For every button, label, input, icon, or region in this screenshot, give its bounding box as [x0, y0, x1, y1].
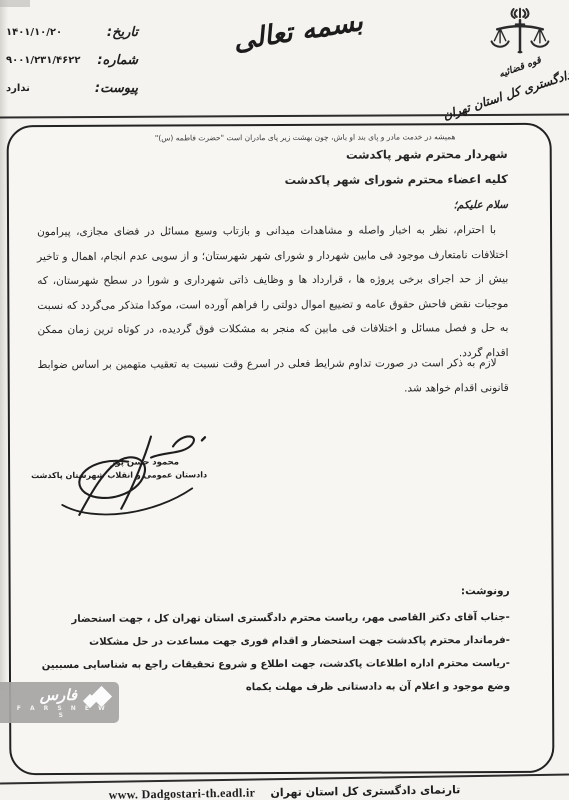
meta-row-attachment: پیوست: ندارد [6, 74, 138, 102]
bismillah-calligraphy: بسمه تعالی [226, 5, 369, 58]
addressee-mayor: شهردار محترم شهر پاکدشت [346, 147, 508, 162]
number-label: شماره: [97, 53, 138, 68]
number-value: ۹۰۰۱/۲۳۱/۴۶۲۲ [6, 55, 80, 66]
signatory-title: دادستان عمومی و انقلاب شهرستان پاکدشت [31, 470, 207, 480]
footer-site-url: www. Dadgostari-th.eadl.ir [109, 785, 256, 800]
attachment-label: پیوست: [95, 81, 138, 96]
meta-row-date: تاریخ: ۱۴۰۱/۱۰/۲۰ [6, 18, 138, 46]
date-label: تاریخ: [107, 25, 138, 40]
judiciary-letterhead: قوه قضائیه دادگستری کل استان تهران [442, 4, 562, 118]
scales-of-justice-icon [488, 6, 552, 64]
salutation: سلام علیکم؛ [454, 199, 508, 211]
body-paragraph-1: با احترام، نظر به اخبار واصله و مشاهدات … [37, 218, 509, 367]
fars-news-watermark: فارس F A R S N E W S [0, 682, 119, 723]
body-paragraph-2: لازم به ذکر است در صورت تداوم شرایط فعلی… [38, 351, 509, 402]
cc-item-chief-justice: -جناب آقای دکتر القاصی مهر، ریاست محترم … [39, 606, 510, 631]
footer-site-label: تارنمای دادگستری کل استان تهران [270, 783, 460, 799]
date-value: ۱۴۰۱/۱۰/۲۰ [6, 27, 62, 38]
scan-corner-artifact [0, 0, 30, 7]
cc-item-governor: -فرماندار محترم پاکدشت جهت استحضار و اقد… [39, 629, 510, 654]
addressee-council: کلیه اعضاء محترم شورای شهر پاکدشت [285, 172, 508, 187]
signatory-name: محمود حسن پور [110, 457, 179, 467]
attachment-value: ندارد [6, 83, 30, 94]
cc-label: رونوشت: [39, 585, 510, 599]
letter-body-box: همیشه در خدمت مادر و پای بند او باش، چون… [7, 123, 555, 775]
footer: تارنمای دادگستری کل استان تهران www. Dad… [0, 777, 569, 800]
meta-row-number: شماره: ۹۰۰۱/۲۳۱/۴۶۲۲ [6, 46, 138, 74]
letterhead-motto: همیشه در خدمت مادر و پای بند او باش، چون… [89, 132, 522, 143]
fars-news-wordmark: F A R S N E W S [14, 705, 111, 719]
letter-meta-block: تاریخ: ۱۴۰۱/۱۰/۲۰ شماره: ۹۰۰۱/۲۳۱/۴۶۲۲ پ… [6, 18, 138, 102]
signature-block: محمود حسن پور دادستان عمومی و انقلاب شهر… [32, 424, 227, 525]
fars-logo-text: فارس [40, 686, 77, 704]
